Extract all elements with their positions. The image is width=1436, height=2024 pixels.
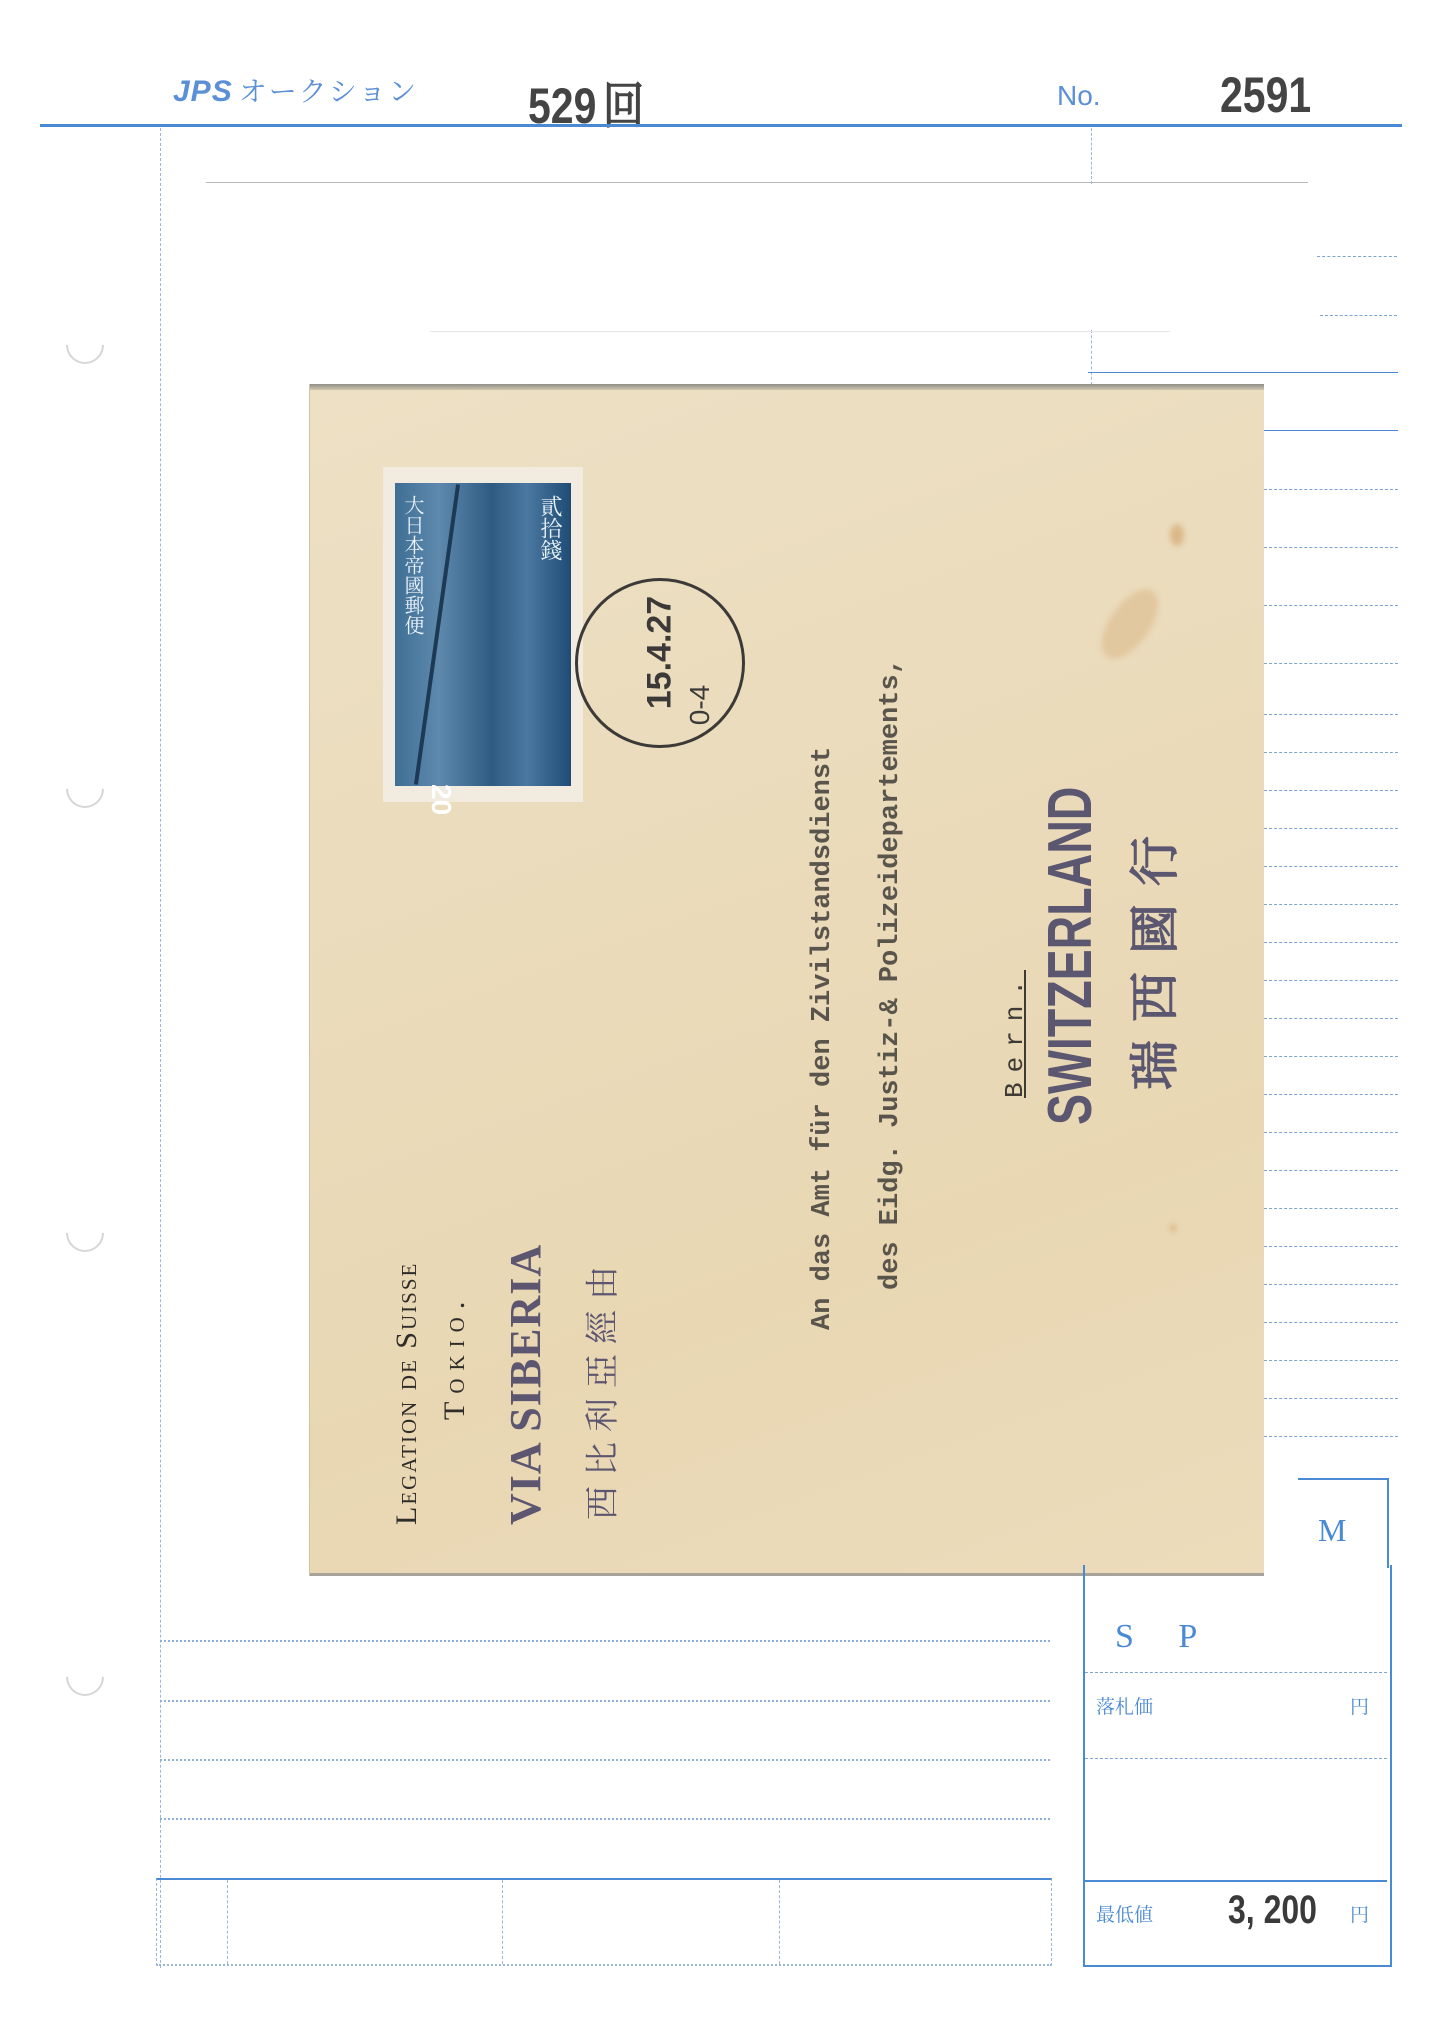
column-rule bbox=[1091, 330, 1092, 385]
grid-cell-divider bbox=[779, 1880, 780, 1964]
price-box-edge bbox=[1387, 1478, 1389, 1568]
lot-number: 2591 bbox=[1220, 66, 1311, 124]
session-number: 529回 bbox=[528, 66, 644, 138]
ruled-line-solid bbox=[1088, 372, 1398, 373]
postmark-date: 15.4.27 bbox=[641, 571, 680, 735]
address-city: Bern. bbox=[1000, 970, 1030, 1098]
ruled-line bbox=[1264, 828, 1398, 829]
item-code: S P bbox=[1115, 1618, 1215, 1656]
ruled-line bbox=[1264, 1056, 1398, 1057]
left-margin-rule bbox=[160, 128, 161, 1968]
writing-line bbox=[160, 1640, 1050, 1642]
sender-line-1: Legation de Suisse bbox=[390, 1262, 424, 1525]
ruled-line bbox=[1264, 866, 1398, 867]
ruled-line bbox=[1264, 605, 1398, 606]
ruled-line bbox=[1264, 942, 1398, 943]
ruled-line bbox=[1264, 1208, 1398, 1209]
ruled-line bbox=[1264, 1132, 1398, 1133]
stamp-vignette: 大日本帝國郵便 貳拾錢 20 bbox=[395, 483, 571, 786]
writing-line bbox=[160, 1759, 1050, 1761]
sender-line-2: Tokio. bbox=[438, 1294, 472, 1420]
ruled-line bbox=[1264, 1170, 1398, 1171]
writing-line bbox=[160, 1700, 1050, 1702]
ruled-line bbox=[1264, 1322, 1398, 1323]
bottom-grid bbox=[156, 1878, 1052, 1966]
ruled-line-solid bbox=[1264, 430, 1398, 431]
ruled-line bbox=[1264, 1018, 1398, 1019]
ruled-line bbox=[1264, 790, 1398, 791]
foxing-stain bbox=[1170, 1224, 1176, 1232]
ruled-line bbox=[1264, 904, 1398, 905]
stamp-denomination: 20 bbox=[425, 784, 457, 815]
postage-stamp: 大日本帝國郵便 貳拾錢 20 bbox=[383, 467, 583, 802]
address-line-2: des Eidg. Justiz-& Polizeidepartements, bbox=[876, 658, 906, 1290]
title-rule bbox=[206, 182, 1308, 183]
destination-stamp: SWITZERLAND bbox=[1035, 787, 1106, 1125]
grade-mark: M bbox=[1318, 1512, 1346, 1549]
ruled-line bbox=[1264, 752, 1398, 753]
ruled-line bbox=[1264, 1094, 1398, 1095]
price-box-top-rule bbox=[1298, 1478, 1388, 1480]
ruled-line bbox=[1320, 315, 1397, 316]
lot-number-label: No. bbox=[1057, 80, 1101, 112]
column-rule bbox=[1091, 128, 1092, 184]
binder-hole bbox=[58, 762, 112, 816]
ruled-line bbox=[1264, 1284, 1398, 1285]
ruled-line bbox=[1264, 1398, 1398, 1399]
min-price-value: 3, 200 bbox=[1228, 1888, 1317, 1933]
foxing-stain bbox=[1170, 524, 1184, 546]
ruled-line bbox=[1264, 663, 1398, 664]
ruled-line bbox=[1317, 256, 1397, 257]
postmark-sub: 0-4 bbox=[684, 623, 716, 787]
price-box-divider bbox=[1085, 1880, 1387, 1882]
stamp-country: 大日本帝國郵便 bbox=[399, 495, 428, 635]
foxing-stain bbox=[1091, 580, 1170, 668]
ruled-line bbox=[1264, 547, 1398, 548]
ruled-line bbox=[1264, 489, 1398, 490]
faint-rule bbox=[430, 331, 1170, 332]
ruled-line bbox=[1264, 1246, 1398, 1247]
header-rule bbox=[40, 124, 1402, 127]
destination-stamp-jp: 瑞西國行 bbox=[1115, 818, 1187, 1090]
price-box-divider bbox=[1085, 1758, 1387, 1759]
hammer-price-unit: 円 bbox=[1350, 1692, 1369, 1719]
auction-brand: JPSオークション bbox=[173, 70, 418, 110]
writing-line bbox=[160, 1818, 1050, 1820]
routing-stamp-jp: 西比利亞經由 bbox=[575, 1256, 624, 1520]
min-price-unit: 円 bbox=[1350, 1900, 1369, 1927]
binder-hole bbox=[58, 1206, 112, 1260]
ruled-line bbox=[1264, 714, 1398, 715]
routing-stamp: VIA SIBERIA bbox=[500, 1244, 551, 1525]
address-line-1: An das Amt für den Zivilstandsdienst bbox=[808, 747, 838, 1330]
brand-logo: JPS bbox=[173, 75, 233, 108]
binder-hole bbox=[58, 1650, 112, 1704]
ruled-line bbox=[1264, 980, 1398, 981]
stamp-value-text: 貳拾錢 bbox=[534, 495, 565, 561]
grid-cell-divider bbox=[227, 1880, 228, 1964]
grid-cell-divider bbox=[502, 1880, 503, 1964]
auction-label: オークション bbox=[239, 75, 418, 108]
min-price-label: 最低値 bbox=[1096, 1900, 1153, 1927]
postmark: 15.4.27 0-4 bbox=[575, 578, 745, 748]
hammer-price-label: 落札価 bbox=[1096, 1692, 1153, 1719]
ruled-line bbox=[1264, 1436, 1398, 1437]
price-box-divider bbox=[1085, 1672, 1387, 1673]
binder-hole bbox=[58, 318, 112, 372]
ruled-line bbox=[1264, 1360, 1398, 1361]
